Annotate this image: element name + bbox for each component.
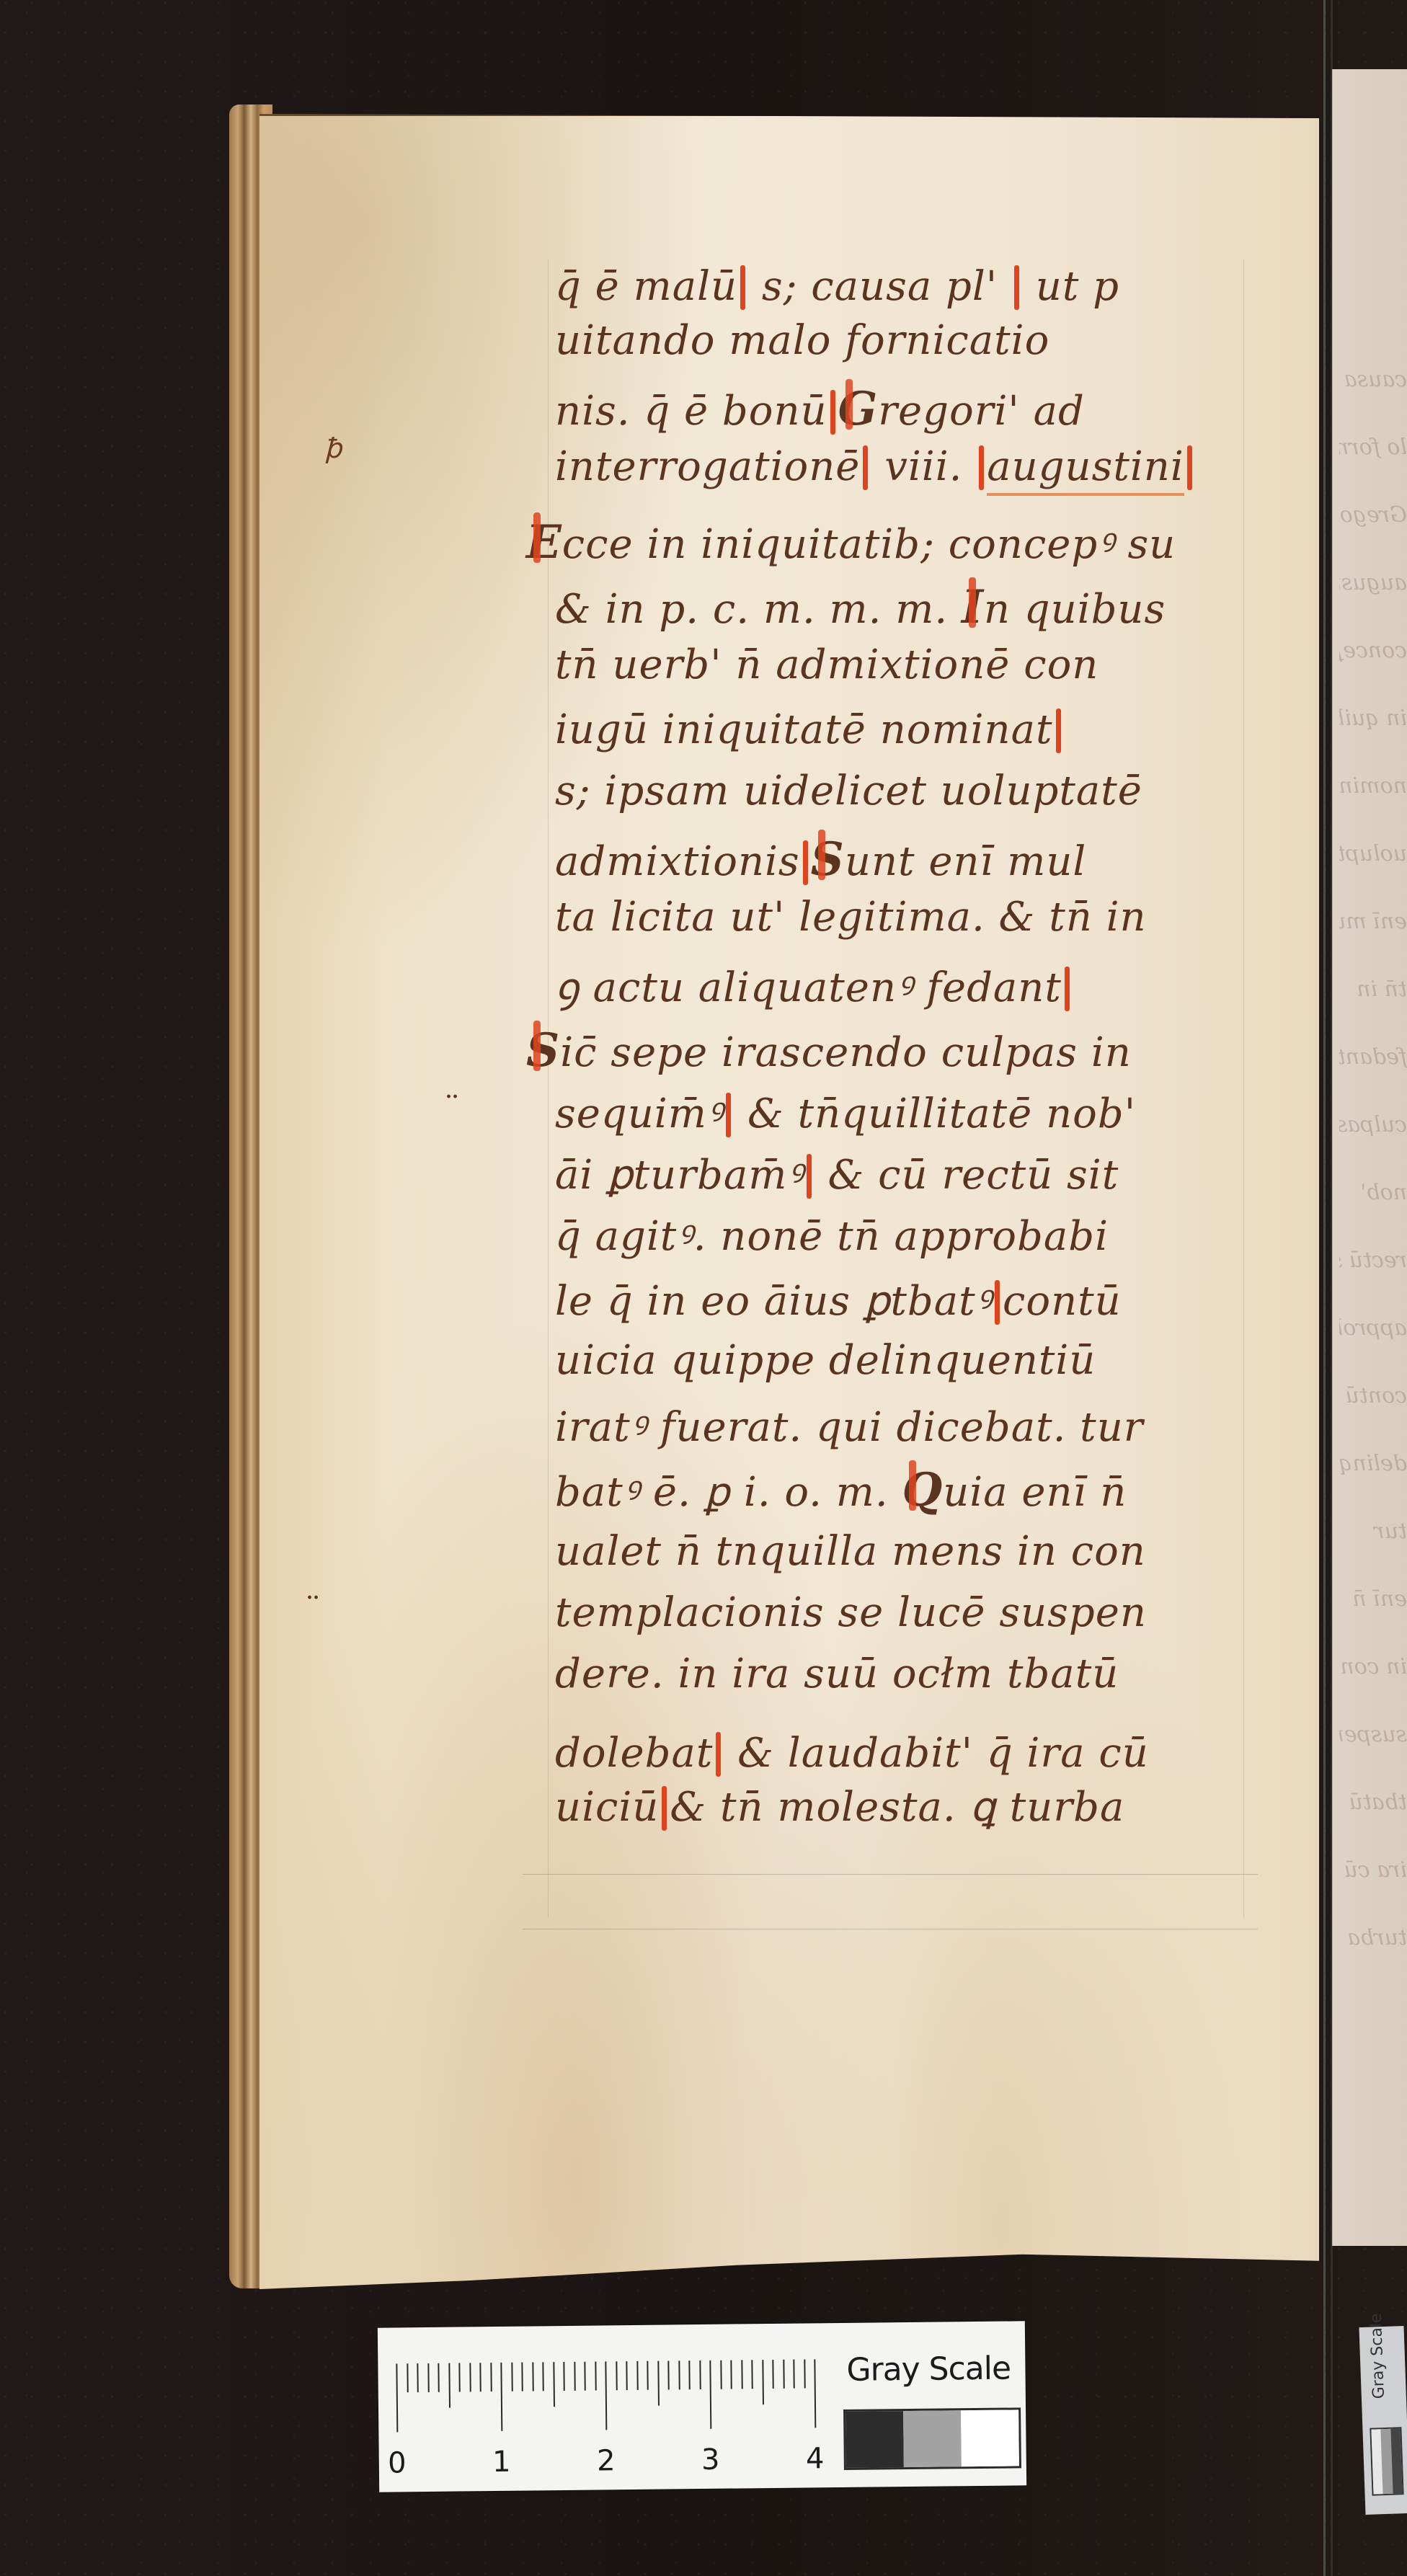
text-segment: augustini — [987, 443, 1184, 496]
ruler-tick — [563, 2362, 564, 2391]
facing-line: nob' — [1339, 1159, 1407, 1227]
facing-line: delinquentiū — [1339, 1430, 1407, 1498]
rubric-stroke — [716, 1732, 721, 1777]
rubricated-initial: S — [811, 832, 845, 887]
manuscript-line: ta licita ut' legitima. & tn̄ in — [555, 894, 1147, 941]
facing-line: Gregori ad — [1339, 481, 1407, 549]
rubric-stroke — [662, 1786, 667, 1831]
margin-mark: .. — [445, 1081, 458, 1103]
text-segment: uitando malo fornicatio — [555, 317, 1049, 364]
scale-card: 01234 Gray Scale — [378, 2321, 1026, 2492]
text-segment: & laudabit' q̄ ira cū — [724, 1730, 1148, 1777]
ruler-tick — [616, 2361, 617, 2390]
text-segment: regori' ad — [878, 388, 1085, 435]
margin-note: ꝥ — [324, 432, 342, 464]
text-segment: n quibus — [984, 586, 1166, 633]
ruling-line-horizontal — [523, 1874, 1258, 1875]
text-segment: interrogationē — [555, 443, 860, 490]
ruler-tick — [532, 2362, 533, 2391]
ruler-tick — [427, 2363, 429, 2392]
facing-line: tn̄ in — [1339, 956, 1407, 1023]
text-segment: iugū iniquitatē nominat — [555, 706, 1053, 753]
ruler-tick — [699, 2360, 701, 2389]
text-segment: templacionis se lucē suspen — [555, 1589, 1147, 1636]
ruler-tick — [511, 2363, 512, 2391]
text-segment: & in p. c. m. m. m. — [555, 586, 962, 633]
ruler-tick — [657, 2361, 660, 2406]
ruler-label: 0 — [388, 2446, 407, 2479]
ruling-line-left — [548, 259, 549, 1917]
ruler-tick — [804, 2360, 805, 2389]
text-segment: nis. q̄ ē bonū — [555, 388, 827, 435]
manuscript-line: dere. in ira suū ocłm tbatū — [555, 1651, 1119, 1697]
manuscript-line: s; ipsam uidelicet uoluptatē — [555, 768, 1142, 814]
ruler-tick — [647, 2361, 648, 2390]
ruler-tick — [500, 2363, 502, 2431]
ruler-tick — [667, 2360, 669, 2389]
manuscript-line: Sic̄ sepe irascendo culpas in — [526, 1023, 1132, 1078]
text-segment: & cū rectū sit — [815, 1152, 1119, 1199]
manuscript-line: le q̄ in eo āius ꝑtbatꝰcontū — [555, 1272, 1122, 1327]
ruler-label: 1 — [492, 2446, 511, 2479]
gray-swatch-cell — [1390, 2428, 1402, 2493]
facing-line: fedant — [1339, 1023, 1407, 1091]
ruler-tick — [762, 2360, 764, 2404]
text-segment: tn̄ uerb' n̄ admixtionē con — [555, 641, 1098, 688]
rubric-stroke — [803, 840, 808, 885]
text-segment: dere. in ira suū ocłm tbatū — [555, 1651, 1119, 1697]
manuscript-line: uiciū& tn̄ molesta. ꝗ turba — [555, 1784, 1124, 1831]
text-segment: unt enī mul — [845, 838, 1086, 885]
gray-scale-swatch — [843, 2407, 1021, 2470]
rubric-stroke — [1014, 265, 1019, 310]
manuscript-line: admixtionisSunt enī mul — [555, 832, 1086, 887]
text-segment: & tn̄ molesta. ꝗ turba — [670, 1784, 1124, 1831]
ruler-tick — [678, 2360, 680, 2389]
ruler-tick — [730, 2360, 732, 2389]
gray-scale-title: Gray Scale — [846, 2350, 1011, 2389]
text-segment: ta licita ut' legitima. & tn̄ in — [555, 894, 1147, 941]
manuscript-line: iratꝰ fuerat. qui dicebat. tur — [555, 1398, 1144, 1453]
manuscript-leaf — [259, 114, 1319, 2289]
text-segment: ut p — [1022, 263, 1119, 310]
ruler-tick — [553, 2362, 555, 2407]
ruler-label: 3 — [701, 2443, 720, 2477]
ruler-tick — [814, 2359, 816, 2428]
gray-swatch-cell — [845, 2411, 904, 2468]
facing-line: enī mul — [1339, 888, 1407, 956]
ruler-tick — [490, 2363, 492, 2391]
manuscript-line: uicia quippe delinquentiū — [555, 1337, 1096, 1384]
ruling-line-right — [1243, 259, 1244, 1917]
text-segment: q̄ ē malū — [555, 263, 737, 310]
secondary-scale-card: Gray Scale — [1359, 2326, 1407, 2515]
facing-page-bleed-text: causa plꝰlo fornicatioGregori adaugustin… — [1339, 346, 1407, 1972]
facing-line: approbabi — [1339, 1294, 1407, 1362]
ruler-tick — [772, 2360, 773, 2389]
facing-line: uoluptatē — [1339, 820, 1407, 888]
text-segment: uiciū — [555, 1784, 659, 1831]
facing-line: tbatū — [1339, 1769, 1407, 1836]
facing-line: culpas in — [1339, 1091, 1407, 1159]
rubric-stroke — [740, 265, 745, 310]
manuscript-line: tn̄ uerb' n̄ admixtionē con — [555, 641, 1098, 688]
facing-line: augustini — [1339, 549, 1407, 617]
gray-swatch-cell — [961, 2410, 1019, 2466]
text-segment: dolebat — [555, 1730, 713, 1777]
ruler: 01234 — [396, 2359, 830, 2486]
manuscript-line: q̄ ē malū s; causa pl' ut p — [555, 263, 1119, 310]
rubric-stroke — [1187, 445, 1192, 490]
rubricated-initial: E — [526, 515, 562, 569]
ruler-tick — [479, 2363, 481, 2391]
facing-line: ira cū — [1339, 1836, 1407, 1904]
manuscript-line: āi ꝑturbam̄ꝰ & cū rectū sit — [555, 1146, 1119, 1201]
text-segment: q̄ agitꝰ. nonē tn̄ approbabi — [555, 1213, 1109, 1260]
rubric-stroke — [1056, 709, 1061, 753]
rubric-stroke — [807, 1154, 812, 1199]
text-segment: iratꝰ fuerat. qui dicebat. tur — [555, 1404, 1144, 1451]
ruler-tick — [720, 2360, 722, 2389]
facing-line: conceꝑ su — [1339, 617, 1407, 685]
text-segment: batꝰ ē. ꝑ i. o. m. — [555, 1469, 902, 1516]
text-segment: admixtionis — [555, 838, 800, 885]
ruler-tick — [636, 2361, 638, 2390]
margin-mark: .. — [306, 1582, 319, 1604]
facing-line: causa plꝰ — [1339, 346, 1407, 414]
rubric-stroke — [1065, 967, 1070, 1011]
ruler-label: 4 — [806, 2442, 825, 2475]
text-segment: contū — [1003, 1278, 1122, 1325]
text-segment: s; ipsam uidelicet uoluptatē — [555, 768, 1142, 814]
ruler-tick — [783, 2360, 784, 2389]
manuscript-line: q̄ agitꝰ. nonē tn̄ approbabi — [555, 1207, 1109, 1262]
ruler-tick — [688, 2360, 690, 2389]
glass-plate-edge — [1323, 0, 1326, 2576]
text-segment: ualet n̄ tnquilla mens in con — [555, 1528, 1146, 1575]
ruler-tick — [584, 2362, 585, 2391]
manuscript-line: ꝯ actu aliquatenꝰ fedant — [555, 959, 1073, 1013]
text-segment: sequim̄ꝰ — [555, 1091, 723, 1137]
ruler-label: 2 — [597, 2444, 616, 2477]
facing-line: in con — [1339, 1633, 1407, 1701]
rubric-stroke — [830, 390, 835, 435]
ruler-tick — [417, 2363, 418, 2392]
manuscript-line: Ecce in iniquitatib; concepꝰ su — [526, 515, 1176, 570]
facing-line: nominat — [1339, 752, 1407, 820]
ruler-tick — [396, 2363, 398, 2432]
manuscript-line: uitando malo fornicatio — [555, 317, 1049, 364]
ruler-tick — [469, 2363, 471, 2391]
manuscript-line: sequim̄ꝰ & tn̄quillitatē nob' — [555, 1085, 1136, 1140]
ruling-line-horizontal — [523, 1929, 1258, 1929]
rubricated-initial: Q — [902, 1463, 943, 1517]
manuscript-line: ualet n̄ tnquilla mens in con — [555, 1528, 1146, 1575]
ruler-tick — [709, 2360, 711, 2429]
ruler-tick — [741, 2360, 742, 2389]
text-segment: uia enī n̄ — [943, 1469, 1127, 1516]
text-segment: ic̄ sepe irascendo culpas in — [560, 1029, 1132, 1076]
ruler-tick — [793, 2360, 794, 2389]
manuscript-line: iugū iniquitatē nominat — [555, 706, 1064, 753]
facing-line: suspen — [1339, 1701, 1407, 1769]
ruler-tick — [542, 2362, 543, 2391]
gray-swatch-cell — [903, 2410, 962, 2467]
rubric-stroke — [979, 445, 984, 490]
facing-line: contū — [1339, 1362, 1407, 1430]
text-segment: uicia quippe delinquentiū — [555, 1337, 1096, 1384]
manuscript-line: batꝰ ē. ꝑ i. o. m. Quia enī n̄ — [555, 1463, 1127, 1518]
rubric-stroke — [863, 445, 868, 490]
facing-line: enī n̄ — [1339, 1565, 1407, 1633]
facing-line: in quibus — [1339, 685, 1407, 752]
rubricated-initial: S — [526, 1023, 560, 1078]
facing-line: turba — [1339, 1904, 1407, 1972]
text-segment: cce in iniquitatib; concepꝰ su — [562, 521, 1176, 568]
manuscript-line: & in p. c. m. m. m. In quibus — [555, 580, 1166, 634]
rubric-stroke — [726, 1093, 731, 1137]
manuscript-line: dolebat & laudabit' q̄ ira cū — [555, 1730, 1149, 1777]
ruler-tick — [626, 2361, 627, 2390]
text-segment: le q̄ in eo āius ꝑtbatꝰ — [555, 1278, 992, 1325]
manuscript-line: nis. q̄ ē bonūGregori' ad — [555, 382, 1085, 436]
glass-plate-edge — [1331, 0, 1333, 2576]
ruler-tick — [521, 2363, 523, 2391]
ruler-tick — [605, 2361, 607, 2430]
manuscript-line: templacionis se lucē suspen — [555, 1589, 1147, 1636]
ruler-tick — [407, 2363, 408, 2392]
ruler-tick — [438, 2363, 439, 2392]
ruler-tick — [751, 2360, 753, 2389]
text-segment: & tn̄quillitatē nob' — [734, 1091, 1136, 1137]
rubric-stroke — [995, 1280, 1000, 1325]
text-segment: āi ꝑturbam̄ꝰ — [555, 1152, 804, 1199]
ruler-tick — [574, 2362, 575, 2391]
rubricated-initial: I — [962, 580, 984, 634]
text-segment: s; causa pl' — [748, 263, 1011, 310]
facing-line: tur — [1339, 1498, 1407, 1565]
ruler-tick — [448, 2363, 450, 2408]
text-segment: ꝯ actu aliquatenꝰ fedant — [555, 964, 1062, 1011]
text-segment: viii. — [871, 443, 976, 490]
manuscript-line: interrogationē viii. augustini — [555, 443, 1195, 490]
facing-line: lo fornicatio — [1339, 414, 1407, 481]
ruler-tick — [458, 2363, 460, 2392]
ruler-tick — [595, 2362, 596, 2391]
rubricated-initial: G — [838, 382, 879, 436]
facing-line: rectū sit — [1339, 1227, 1407, 1294]
secondary-gray-scale-swatch — [1370, 2427, 1403, 2495]
secondary-gray-scale-title: Gray Scale — [1367, 2313, 1388, 2399]
